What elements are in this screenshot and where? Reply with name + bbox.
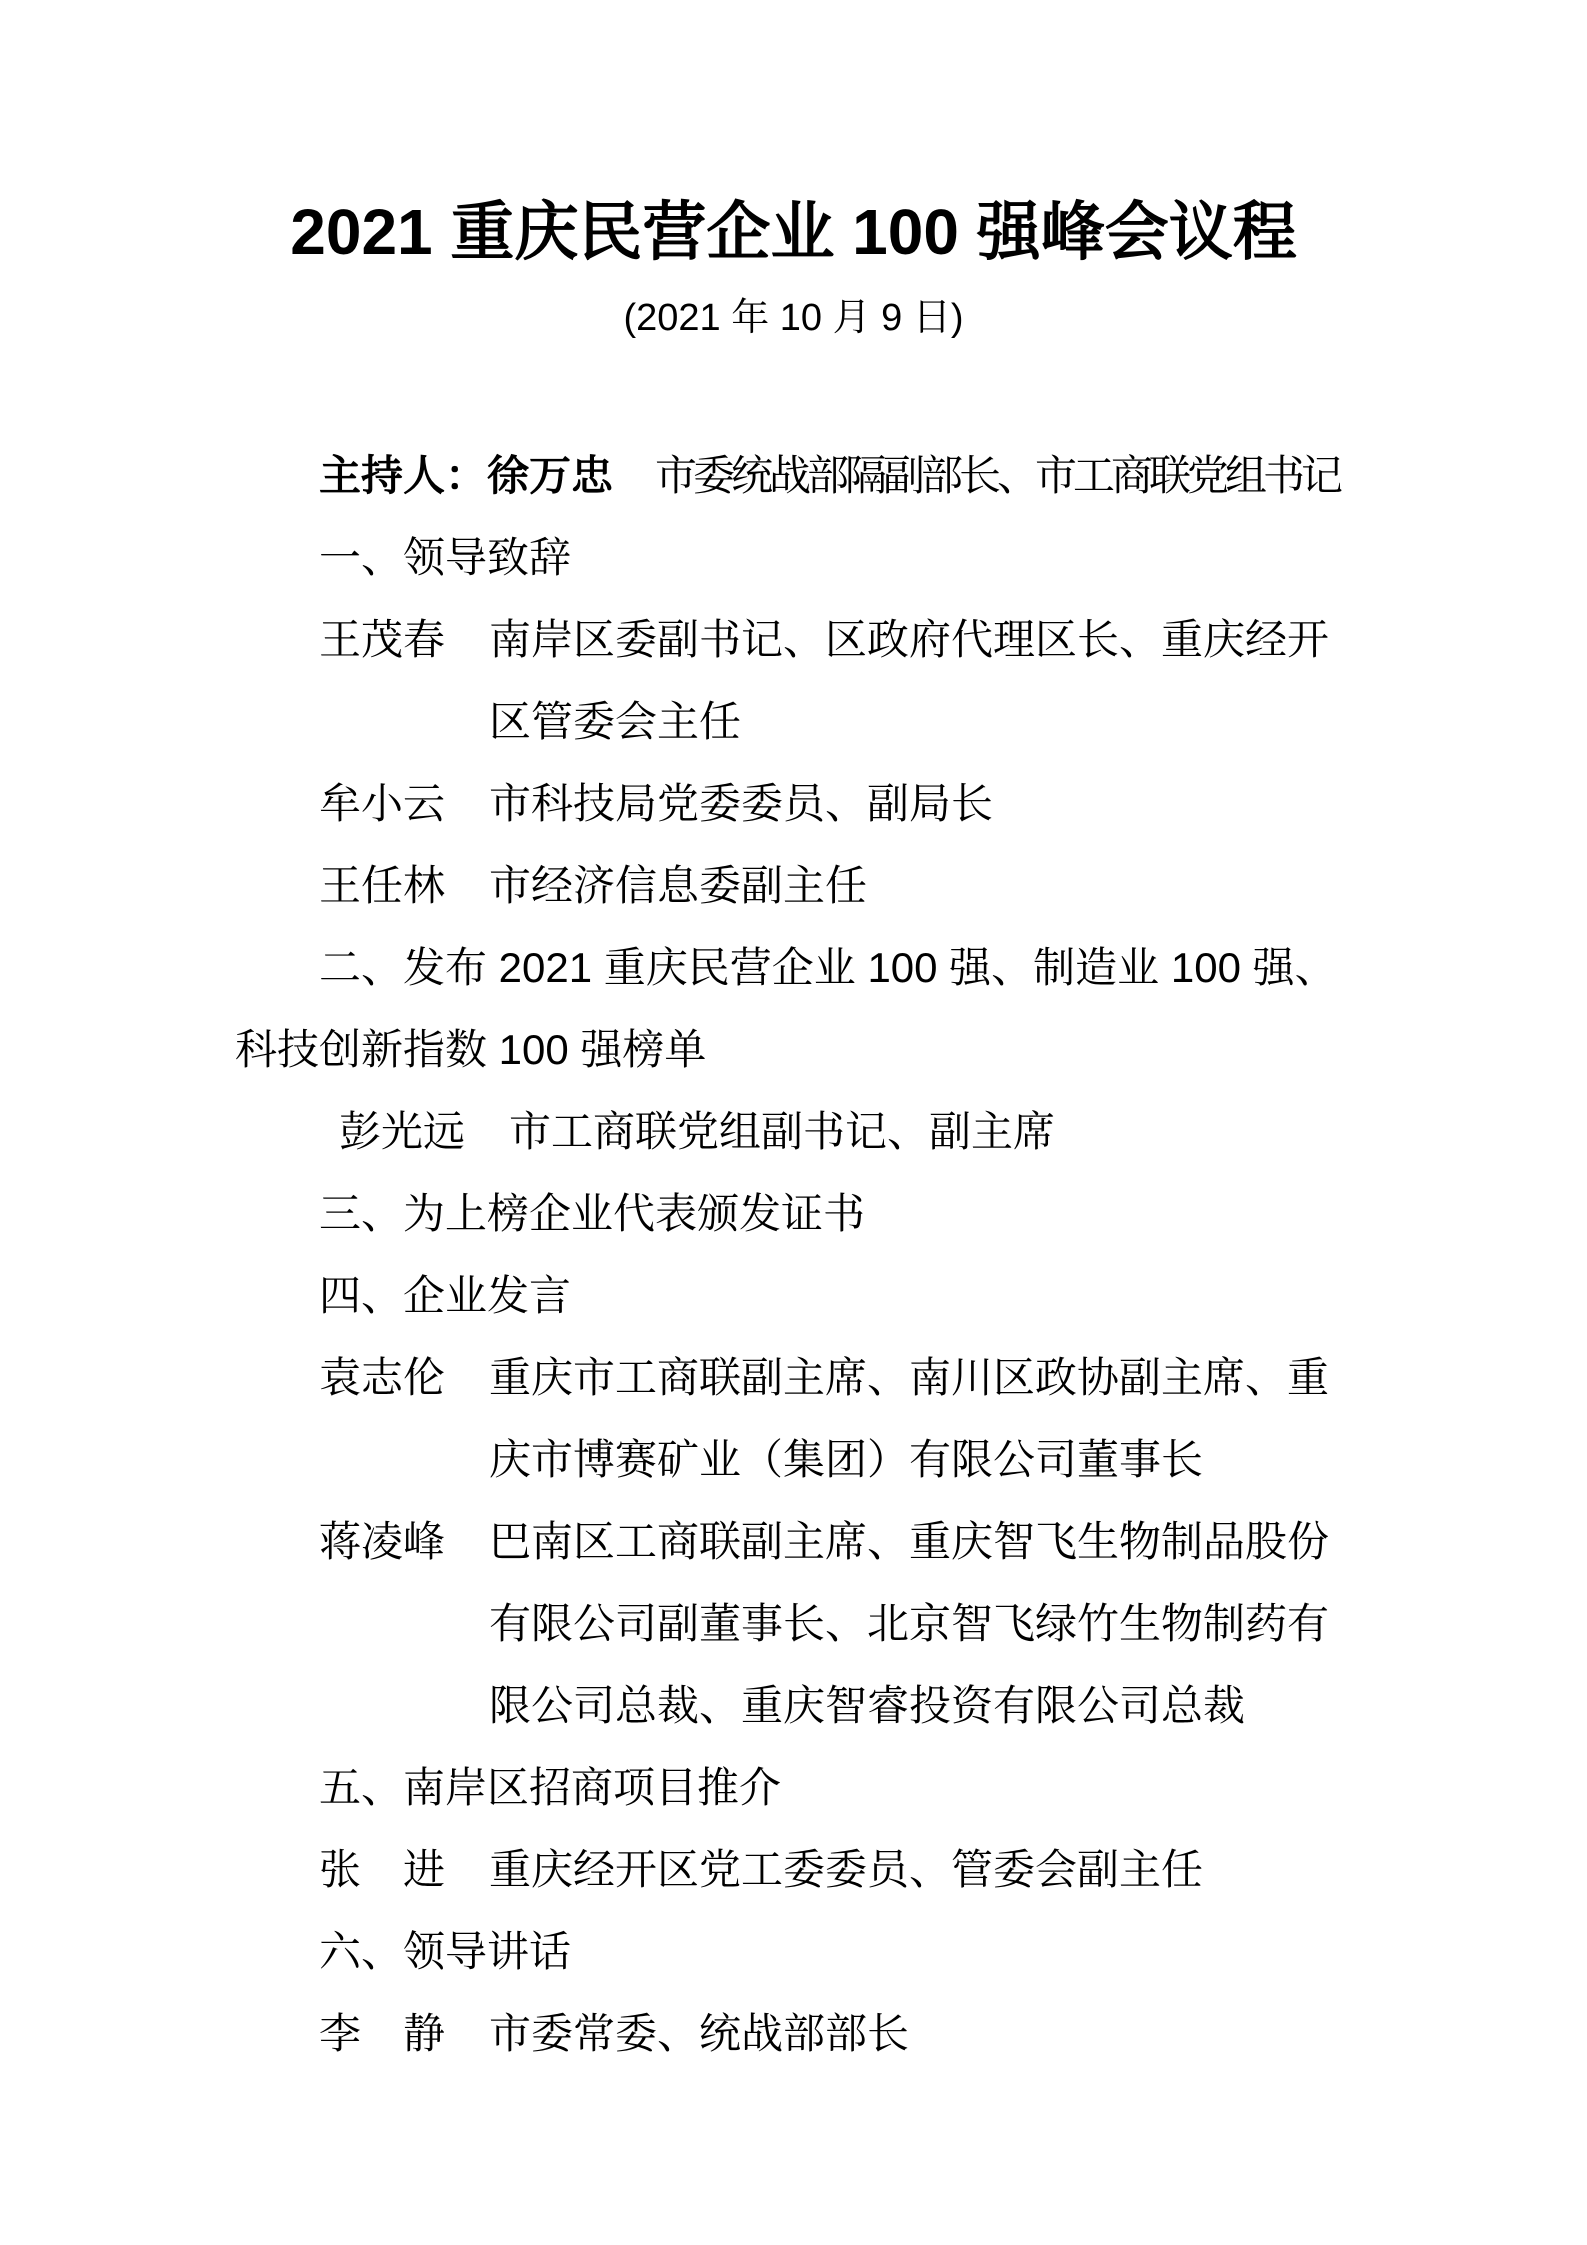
line-text: 二、发布 2021 重庆民营企业 100 强、制造业 100 强、 xyxy=(319,944,1337,991)
line-text: 有限公司副董事长、北京智飞绿竹生物制药有 xyxy=(489,1600,1329,1647)
agenda-line: 一、领导致辞 xyxy=(235,517,1357,599)
line-text: 重庆经开区党工委委员、管委会副主任 xyxy=(489,1846,1203,1893)
speaker-name: 袁志伦 xyxy=(319,1337,489,1419)
line-text: 六、领导讲话 xyxy=(319,1928,571,1975)
line-text: 三、为上榜企业代表颁发证书 xyxy=(319,1190,865,1237)
line-text: 四、企业发言 xyxy=(319,1272,571,1319)
host-label: 主持人：徐万忠 xyxy=(319,452,655,499)
agenda-line: 庆市博赛矿业（集团）有限公司董事长 xyxy=(235,1419,1357,1501)
speaker-name: 牟小云 xyxy=(319,763,489,845)
agenda-line: 袁志伦重庆市工商联副主席、南川区政协副主席、重 xyxy=(235,1337,1357,1419)
line-text: 南岸区委副书记、区政府代理区长、重庆经开 xyxy=(489,616,1329,663)
line-text: 重庆市工商联副主席、南川区政协副主席、重 xyxy=(489,1354,1329,1401)
line-text: 市委常委、统战部部长 xyxy=(489,2010,909,2057)
agenda-line: 二、发布 2021 重庆民营企业 100 强、制造业 100 强、 xyxy=(235,927,1357,1009)
agenda-line: 三、为上榜企业代表颁发证书 xyxy=(235,1173,1357,1255)
speaker-name: 李 静 xyxy=(319,1993,489,2075)
line-text: 市经济信息委副主任 xyxy=(489,862,867,909)
agenda-line: 张 进重庆经开区党工委委员、管委会副主任 xyxy=(235,1829,1357,1911)
speaker-name: 王任林 xyxy=(319,845,489,927)
document-page: 2021 重庆民营企业 100 强峰会议程 (2021 年 10 月 9 日) … xyxy=(0,0,1587,2245)
agenda-line: 五、南岸区招商项目推介 xyxy=(235,1747,1357,1829)
agenda-line: 科技创新指数 100 强榜单 xyxy=(235,1009,1357,1091)
speaker-name: 蒋凌峰 xyxy=(319,1501,489,1583)
agenda-line: 有限公司副董事长、北京智飞绿竹生物制药有 xyxy=(235,1583,1357,1665)
line-text: 市科技局党委委员、副局长 xyxy=(489,780,993,827)
line-text: 一、领导致辞 xyxy=(319,534,571,581)
document-title: 2021 重庆民营企业 100 强峰会议程 xyxy=(0,0,1587,264)
agenda-line: 牟小云市科技局党委委员、副局长 xyxy=(235,763,1357,845)
agenda-line: 限公司总裁、重庆智睿投资有限公司总裁 xyxy=(235,1665,1357,1747)
line-text: 庆市博赛矿业（集团）有限公司董事长 xyxy=(489,1436,1203,1483)
agenda-line: 六、领导讲话 xyxy=(235,1911,1357,1993)
agenda-line: 李 静市委常委、统战部部长 xyxy=(235,1993,1357,2075)
line-text: 科技创新指数 100 强榜单 xyxy=(235,1026,706,1073)
agenda-line: 王茂春南岸区委副书记、区政府代理区长、重庆经开 xyxy=(235,599,1357,681)
line-text: 巴南区工商联副主席、重庆智飞生物制品股份 xyxy=(489,1518,1329,1565)
agenda-line: 四、企业发言 xyxy=(235,1255,1357,1337)
speaker-name: 王茂春 xyxy=(319,599,489,681)
document-date: (2021 年 10 月 9 日) xyxy=(0,294,1587,342)
agenda-line: 主持人：徐万忠 市委统战部隔副部长、市工商联党组书记 xyxy=(235,435,1357,517)
line-text: 限公司总裁、重庆智睿投资有限公司总裁 xyxy=(489,1682,1245,1729)
agenda-body: 主持人：徐万忠 市委统战部隔副部长、市工商联党组书记一、领导致辞王茂春南岸区委副… xyxy=(0,435,1587,2075)
line-text: 五、南岸区招商项目推介 xyxy=(319,1764,781,1811)
agenda-line: 王任林市经济信息委副主任 xyxy=(235,845,1357,927)
speaker-name: 彭光远 xyxy=(339,1091,509,1173)
speaker-name: 张 进 xyxy=(319,1829,489,1911)
agenda-line: 彭光远市工商联党组副书记、副主席 xyxy=(235,1091,1357,1173)
line-text: 市委统战部隔副部长、市工商联党组书记 xyxy=(655,452,1339,499)
agenda-line: 区管委会主任 xyxy=(235,681,1357,763)
line-text: 市工商联党组副书记、副主席 xyxy=(509,1108,1055,1155)
agenda-line: 蒋凌峰巴南区工商联副主席、重庆智飞生物制品股份 xyxy=(235,1501,1357,1583)
line-text: 区管委会主任 xyxy=(489,698,741,745)
